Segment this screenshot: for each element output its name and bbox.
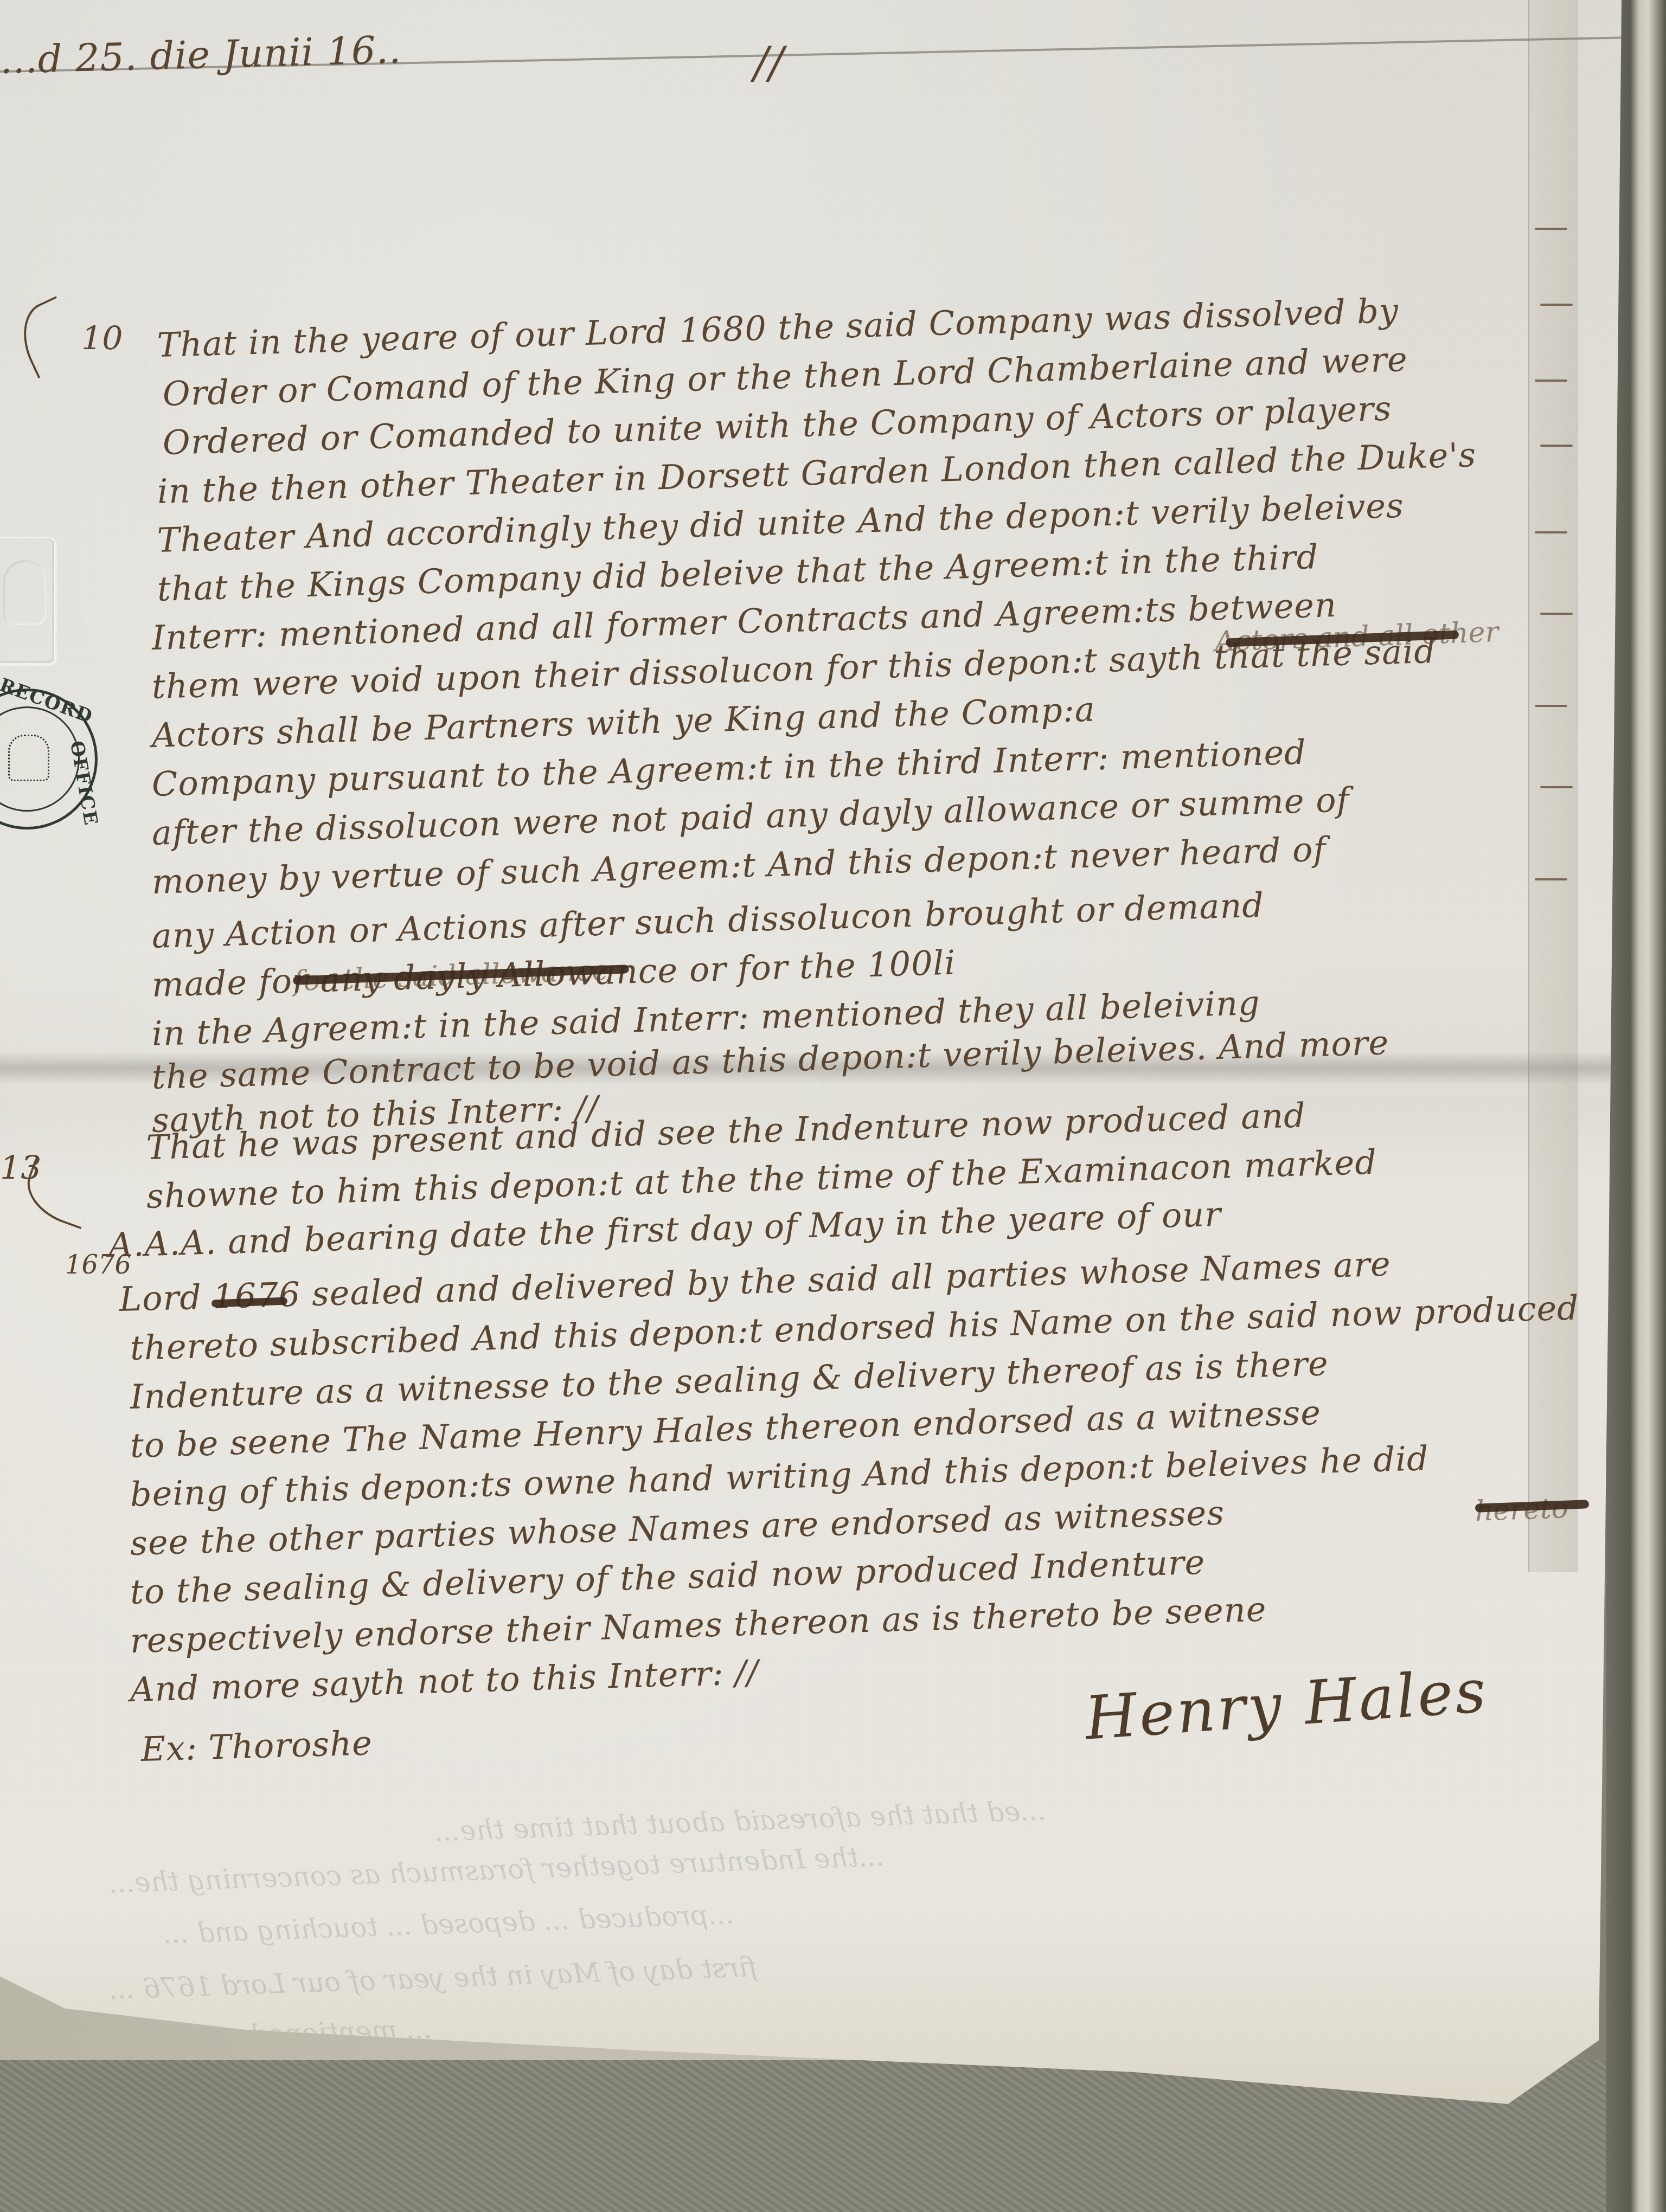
margin-bracket-icon: [10, 296, 85, 378]
header-mark: //: [754, 38, 784, 88]
deponent-signature: Henry Hales: [1082, 1656, 1490, 1753]
margin-number: 10: [81, 320, 123, 358]
bleed-through-text: first day of May in the year of our Lord…: [108, 1951, 758, 2005]
examiner-signoff: Ex: Thoroshe: [140, 1723, 373, 1769]
bleed-through-text: ...the Indenture together forasmuch as c…: [108, 1841, 885, 1899]
margin-tick: [1540, 445, 1573, 447]
record-office-stamp-icon: RECORD OFFICE: [0, 689, 98, 829]
margin-tick: [1540, 304, 1573, 306]
manuscript-page: ...d 25. die Junii 16.. // RECORD OFFICE…: [0, 0, 1622, 2125]
stamp-crown-icon: [8, 735, 49, 781]
deposition-line: And more sayth not to this Interr: //: [130, 1652, 759, 1709]
margin-tick: [1535, 531, 1567, 533]
date-insertion: 1676: [65, 1250, 131, 1280]
crown-emboss-icon: [3, 560, 47, 625]
embossed-seal-icon: [0, 537, 56, 665]
margin-tick: [1535, 705, 1567, 707]
bleed-through-text: ...ed that the aforesaid about that time…: [433, 1795, 1046, 1847]
margin-tick: [1535, 380, 1567, 382]
margin-strip: [1528, 0, 1578, 1572]
header-date-fragment: ...d 25. die Junii 16..: [0, 28, 402, 82]
margin-tick: [1540, 786, 1573, 788]
margin-tick: [1540, 613, 1573, 615]
bleed-through-text: ...produced ... deposed ... touching and…: [162, 1899, 734, 1950]
margin-tick: [1535, 878, 1567, 880]
margin-tick: [1535, 228, 1567, 230]
